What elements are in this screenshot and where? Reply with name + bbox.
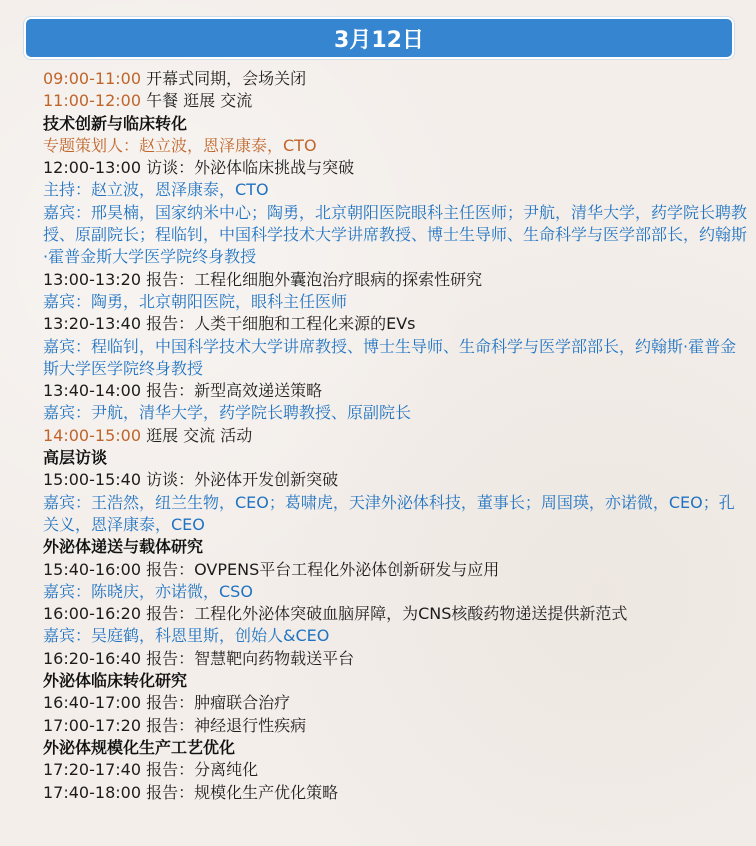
time-range: 14:00-15:00 xyxy=(43,426,141,445)
time-range: 12:00-13:00 xyxy=(43,158,141,177)
time-range: 16:00-16:20 xyxy=(43,604,141,623)
time-range: 13:40-14:00 xyxy=(43,381,141,400)
guest-line: 嘉宾：程临钊，中国科学技术大学讲席教授、博士生导师、生命科学与医学部部长，约翰斯… xyxy=(43,336,748,381)
time-range: 17:20-17:40 xyxy=(43,760,141,779)
curator-line: 专题策划人：赵立波，恩泽康泰，CTO xyxy=(43,135,748,157)
guest-line: 嘉宾：王浩然，纽兰生物，CEO；葛啸虎，天津外泌体科技，董事长；周国瑛，亦诺微，… xyxy=(43,492,748,537)
session-title: 报告：新型高效递送策略 xyxy=(146,381,322,400)
section-heading: 技术创新与临床转化 xyxy=(43,113,748,135)
session-title: 报告：规模化生产优化策略 xyxy=(146,783,338,802)
agenda-session: 15:00-15:40 访谈：外泌体开发创新突破 xyxy=(43,469,748,491)
agenda-session: 16:40-17:00 报告：肿瘤联合治疗 xyxy=(43,692,748,714)
agenda-session: 13:20-13:40 报告：人类干细胞和工程化来源的EVs xyxy=(43,313,748,335)
agenda-list: 09:00-11:00 开幕式同期，会场关闭 11:00-12:00 午餐 逛展… xyxy=(43,68,748,804)
section-heading: 高层访谈 xyxy=(43,447,748,469)
agenda-session: 16:20-16:40 报告：智慧靶向药物载送平台 xyxy=(43,648,748,670)
session-title: 报告：肿瘤联合治疗 xyxy=(146,693,290,712)
guest-line: 嘉宾：邢昊楠，国家纳米中心；陶勇，北京朝阳医院眼科主任医师；尹航，清华大学，药学… xyxy=(43,202,748,269)
session-title: 报告：分离纯化 xyxy=(146,760,258,779)
break-text: 逛展 交流 活动 xyxy=(146,426,252,445)
time-range: 16:20-16:40 xyxy=(43,649,141,668)
guest-line: 嘉宾：陈晓庆，亦诺微，CSO xyxy=(43,581,748,603)
date-banner: 3月12日 xyxy=(24,17,734,59)
agenda-session: 15:40-16:00 报告：OVPENS平台工程化外泌体创新研发与应用 xyxy=(43,559,748,581)
section-heading: 外泌体规模化生产工艺优化 xyxy=(43,737,748,759)
session-title: 报告：神经退行性疾病 xyxy=(146,716,306,735)
section-heading: 外泌体临床转化研究 xyxy=(43,670,748,692)
guest-line: 嘉宾：吴庭鹤，科恩里斯，创始人&CEO xyxy=(43,625,748,647)
guest-line: 嘉宾：陶勇，北京朝阳医院，眼科主任医师 xyxy=(43,291,748,313)
session-title: 报告：工程化外泌体突破血脑屏障，为CNS核酸药物递送提供新范式 xyxy=(146,604,627,623)
break-text: 午餐 逛展 交流 xyxy=(146,91,252,110)
time-range: 13:20-13:40 xyxy=(43,314,141,333)
time-range: 17:40-18:00 xyxy=(43,783,141,802)
agenda-session: 17:40-18:00 报告：规模化生产优化策略 xyxy=(43,782,748,804)
break-text: 开幕式同期，会场关闭 xyxy=(146,69,306,88)
agenda-session: 17:20-17:40 报告：分离纯化 xyxy=(43,759,748,781)
session-title: 报告：工程化细胞外囊泡治疗眼病的探索性研究 xyxy=(146,270,482,289)
time-range: 13:00-13:20 xyxy=(43,270,141,289)
agenda-break: 11:00-12:00 午餐 逛展 交流 xyxy=(43,90,748,112)
section-heading: 外泌体递送与载体研究 xyxy=(43,536,748,558)
host-line: 主持：赵立波，恩泽康泰，CTO xyxy=(43,179,748,201)
agenda-session: 13:40-14:00 报告：新型高效递送策略 xyxy=(43,380,748,402)
agenda-session: 13:00-13:20 报告：工程化细胞外囊泡治疗眼病的探索性研究 xyxy=(43,269,748,291)
time-range: 11:00-12:00 xyxy=(43,91,141,110)
agenda-session: 16:00-16:20 报告：工程化外泌体突破血脑屏障，为CNS核酸药物递送提供… xyxy=(43,603,748,625)
session-title: 报告：OVPENS平台工程化外泌体创新研发与应用 xyxy=(146,560,499,579)
agenda-session: 17:00-17:20 报告：神经退行性疾病 xyxy=(43,715,748,737)
agenda-break: 09:00-11:00 开幕式同期，会场关闭 xyxy=(43,68,748,90)
session-title: 报告：人类干细胞和工程化来源的EVs xyxy=(146,314,415,333)
time-range: 15:00-15:40 xyxy=(43,470,141,489)
session-title: 报告：智慧靶向药物载送平台 xyxy=(146,649,354,668)
session-title: 访谈：外泌体开发创新突破 xyxy=(146,470,338,489)
time-range: 15:40-16:00 xyxy=(43,560,141,579)
guest-line: 嘉宾：尹航，清华大学，药学院长聘教授、原副院长 xyxy=(43,402,748,424)
time-range: 16:40-17:00 xyxy=(43,693,141,712)
agenda-break: 14:00-15:00 逛展 交流 活动 xyxy=(43,425,748,447)
agenda-session: 12:00-13:00 访谈：外泌体临床挑战与突破 xyxy=(43,157,748,179)
date-title: 3月12日 xyxy=(334,23,424,54)
time-range: 09:00-11:00 xyxy=(43,69,141,88)
time-range: 17:00-17:20 xyxy=(43,716,141,735)
session-title: 访谈：外泌体临床挑战与突破 xyxy=(146,158,354,177)
